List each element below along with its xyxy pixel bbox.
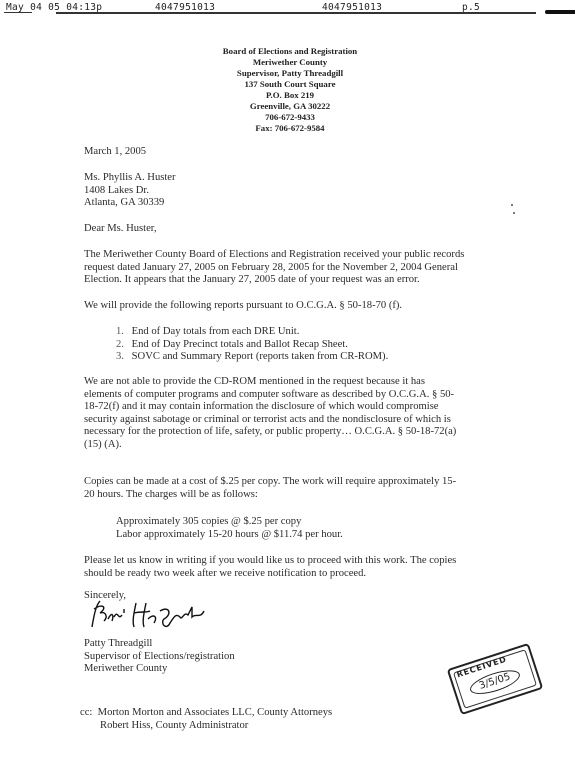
fax-divider: [56, 12, 536, 14]
recipient-name: Ms. Phyllis A. Huster: [84, 172, 554, 185]
reports-list: 1. End of Day totals from each DRE Unit.…: [116, 326, 388, 364]
list-item: 1. End of Day totals from each DRE Unit.: [116, 326, 388, 339]
letterhead-phone: 706-672-9433: [180, 112, 400, 123]
charges-list: Approximately 305 copies @ $.25 per copy…: [116, 516, 343, 541]
list-item: 3. SOVC and Summary Report (reports take…: [116, 351, 388, 364]
cc-label: cc:: [80, 707, 92, 718]
cc-block: cc: Morton Morton and Associates LLC, Co…: [80, 707, 550, 732]
paragraph-request-received: The Meriwether County Board of Elections…: [84, 249, 554, 287]
charge-copies: Approximately 305 copies @ $.25 per copy: [116, 516, 343, 529]
cc-recipient: Morton Morton and Associates LLC, County…: [98, 707, 333, 718]
letter-date: March 1, 2005: [84, 146, 554, 159]
paragraph-proceed: Please let us know in writing if you wou…: [84, 555, 554, 580]
fax-divider: [4, 12, 32, 13]
recipient-address: Ms. Phyllis A. Huster 1408 Lakes Dr. Atl…: [84, 172, 554, 210]
letterhead: Board of Elections and Registration Meri…: [180, 46, 400, 134]
letterhead-street: 137 South Court Square: [180, 79, 400, 90]
paragraph-costs: Copies can be made at a cost of $.25 per…: [84, 476, 554, 501]
list-item: 2. End of Day Precinct totals and Ballot…: [116, 339, 388, 352]
letterhead-city: Greenville, GA 30222: [180, 101, 400, 112]
fax-artifact: [545, 10, 575, 14]
scan-speck: [511, 204, 513, 206]
letterhead-supervisor: Supervisor, Patty Threadgill: [180, 68, 400, 79]
fax-header: May 04 05 04:13p 4047951013 4047951013 p…: [0, 2, 575, 16]
paragraph-cdrom-denial: We are not able to provide the CD-ROM me…: [84, 376, 554, 452]
cc-recipient: Robert Hiss, County Administrator: [100, 720, 248, 731]
salutation: Dear Ms. Huster,: [84, 223, 554, 236]
charge-labor: Labor approximately 15-20 hours @ $11.74…: [116, 529, 343, 542]
letterhead-county: Meriwether County: [180, 57, 400, 68]
signature-image: [88, 597, 218, 633]
scan-speck: [513, 212, 515, 214]
paragraph-reports-intro: We will provide the following reports pu…: [84, 300, 554, 313]
signer-name: Patty Threadgill: [84, 638, 554, 651]
letterhead-pobox: P.O. Box 219: [180, 90, 400, 101]
letterhead-org: Board of Elections and Registration: [180, 46, 400, 57]
recipient-street: 1408 Lakes Dr.: [84, 185, 554, 198]
letterhead-fax: Fax: 706-672-9584: [180, 123, 400, 134]
recipient-city: Atlanta, GA 30339: [84, 197, 554, 210]
